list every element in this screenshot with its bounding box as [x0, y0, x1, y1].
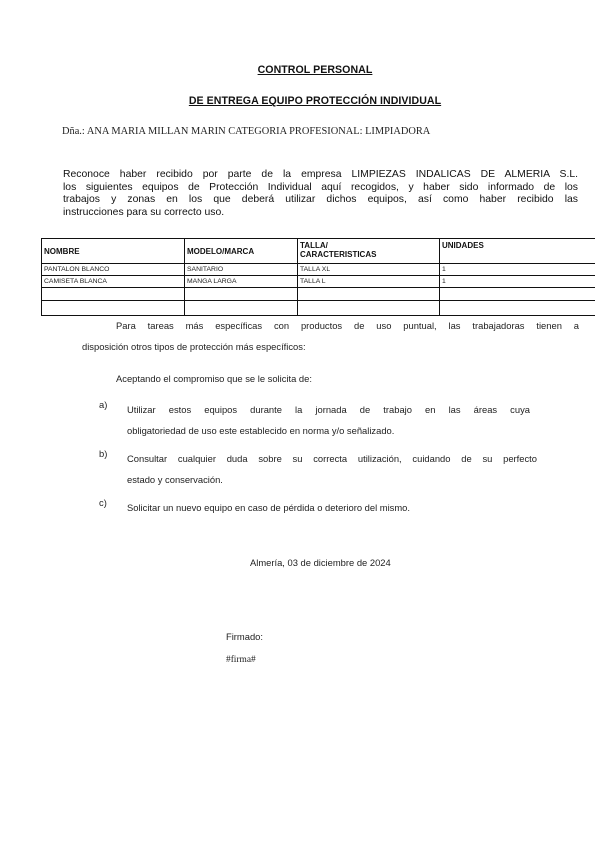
commitment-text-b: Consultar cualquier duda sobre su correc…	[127, 448, 537, 490]
signature-placeholder: #firma#	[226, 655, 256, 665]
cell-modelo	[185, 288, 298, 301]
cell-modelo	[185, 300, 298, 315]
intro-line: instrucciones para su correcto uso.	[63, 207, 578, 220]
table-header-row: NOMBRE MODELO/MARCA TALLA/CARACTERISTICA…	[42, 239, 595, 264]
specific-protection-paragraph-line2: disposición otros tipos de protección má…	[82, 341, 306, 352]
header-nombre: NOMBRE	[42, 239, 185, 264]
intro-paragraph: Reconoce haber recibido por parte de la …	[63, 169, 578, 219]
date-line: Almería, 03 de diciembre de 2024	[250, 557, 391, 568]
document-title: CONTROL PERSONAL	[0, 64, 595, 76]
equipment-table: NOMBRE MODELO/MARCA TALLA/CARACTERISTICA…	[41, 238, 595, 316]
commitment-text-c: Solicitar un nuevo equipo en caso de pér…	[127, 497, 410, 518]
cell-unidades: 1	[440, 276, 595, 288]
cell-nombre	[42, 300, 185, 315]
intro-line: los siguientes equipos de Protección Ind…	[63, 182, 578, 195]
cell-nombre: CAMISETA BLANCA	[42, 276, 185, 288]
header-unidades: UNIDADES	[440, 239, 595, 264]
table-row	[42, 288, 595, 301]
table-row	[42, 300, 595, 315]
intro-line: Reconoce haber recibido por parte de la …	[63, 169, 578, 182]
commitment-label-b: b)	[99, 448, 107, 459]
signed-label: Firmado:	[226, 631, 263, 642]
table-row: CAMISETA BLANCA MANGA LARGA TALLA L 1	[42, 276, 595, 288]
commitment-intro: Aceptando el compromiso que se le solici…	[116, 373, 312, 384]
commitment-label-a: a)	[99, 399, 107, 410]
cell-unidades	[440, 288, 595, 301]
header-talla-caracteristicas: TALLA/CARACTERISTICAS	[298, 239, 440, 264]
cell-talla: TALLA XL	[298, 264, 440, 276]
cell-talla	[298, 288, 440, 301]
commitment-text-a: Utilizar estos equipos durante la jornad…	[127, 399, 530, 441]
table-row: PANTALON BLANCO SANITARIO TALLA XL 1	[42, 264, 595, 276]
cell-unidades	[440, 300, 595, 315]
cell-talla: TALLA L	[298, 276, 440, 288]
document-subtitle: DE ENTREGA EQUIPO PROTECCIÓN INDIVIDUAL	[0, 95, 595, 107]
header-modelo-marca: MODELO/MARCA	[185, 239, 298, 264]
cell-nombre: PANTALON BLANCO	[42, 264, 185, 276]
cell-nombre	[42, 288, 185, 301]
cell-unidades: 1	[440, 264, 595, 276]
cell-talla	[298, 300, 440, 315]
cell-modelo: SANITARIO	[185, 264, 298, 276]
intro-line: trabajos y zonas en los que deberá utili…	[63, 194, 578, 207]
specific-protection-paragraph-line1: Para tareas más específicas con producto…	[116, 320, 579, 331]
commitment-label-c: c)	[99, 497, 107, 508]
employee-line: Dña.: ANA MARIA MILLAN MARIN CATEGORIA P…	[62, 126, 430, 137]
cell-modelo: MANGA LARGA	[185, 276, 298, 288]
